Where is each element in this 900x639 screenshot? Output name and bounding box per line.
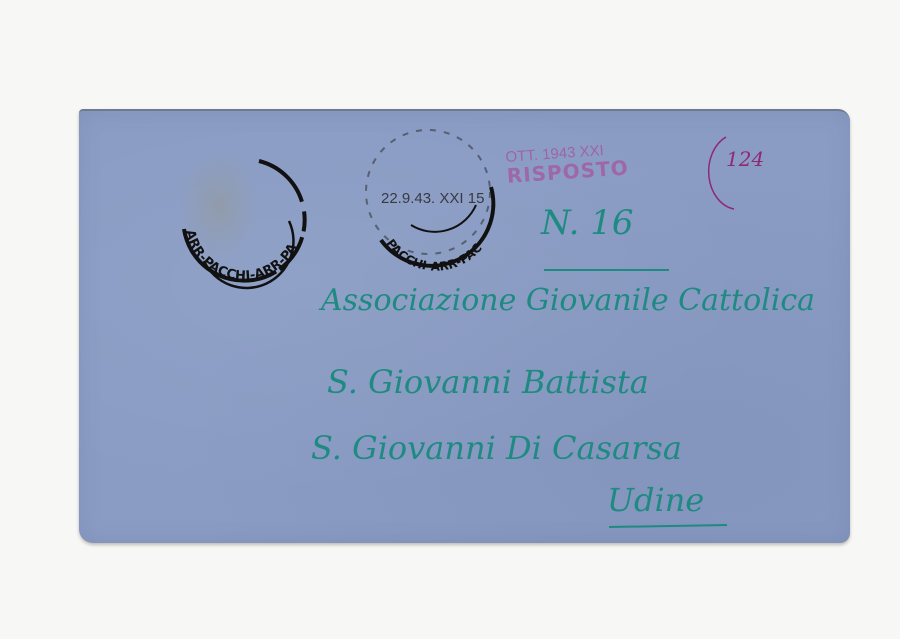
archive-mark: 124 xyxy=(704,133,774,213)
postmark-center: 22.9.43. XXI 15 PACCHI-ARR-PAC xyxy=(361,125,496,260)
postmark-circle-icon: 22.9.43. XXI 15 PACCHI-ARR-PAC xyxy=(361,125,496,260)
city-underline xyxy=(609,524,727,528)
address-city: Udine xyxy=(607,481,704,519)
reference-underline xyxy=(544,269,669,271)
risposto-stamp: OTT. 1943 XXI RISPOSTO xyxy=(505,140,629,187)
address-line-3: S. Giovanni Di Casarsa xyxy=(311,429,682,467)
address-line-1: Associazione Giovanile Cattolica xyxy=(321,283,815,318)
svg-text:22.9.43. XXI 15: 22.9.43. XXI 15 xyxy=(381,190,484,207)
envelope: ARR-PACCHI-ARR-PA 22.9.43. XXI 15 PACCHI… xyxy=(79,109,850,543)
bracket-arc-icon xyxy=(704,133,774,213)
reference-number: N. 16 xyxy=(541,203,633,243)
postmark-circle-icon: ARR-PACCHI-ARR-PA xyxy=(174,151,314,291)
postmark-left: ARR-PACCHI-ARR-PA xyxy=(174,151,314,291)
address-line-2: S. Giovanni Battista xyxy=(327,363,649,401)
archive-number: 124 xyxy=(726,147,764,171)
svg-text:ARR-PACCHI-ARR-PA: ARR-PACCHI-ARR-PA xyxy=(182,228,301,284)
svg-text:PACCHI-ARR-PAC: PACCHI-ARR-PAC xyxy=(383,237,484,274)
